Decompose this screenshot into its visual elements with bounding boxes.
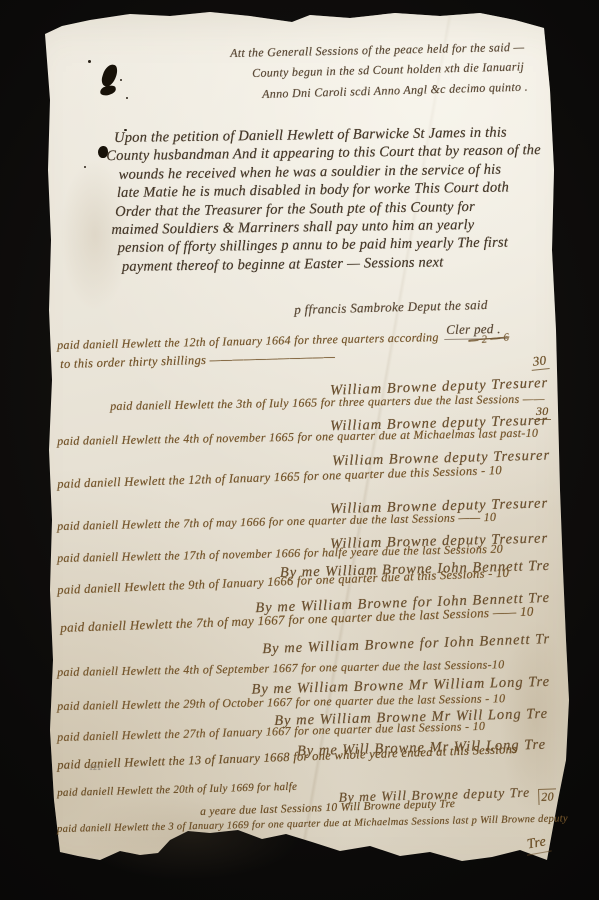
order-paragraph: Upon the petition of Daniell Hewlett of …	[114, 123, 543, 276]
pencil-mark: 121	[89, 763, 101, 772]
payment-amount: 20	[538, 788, 556, 805]
payment-amount: 30	[530, 352, 549, 371]
photo-stage: Att the Generall Sessions of the peace h…	[0, 0, 599, 900]
